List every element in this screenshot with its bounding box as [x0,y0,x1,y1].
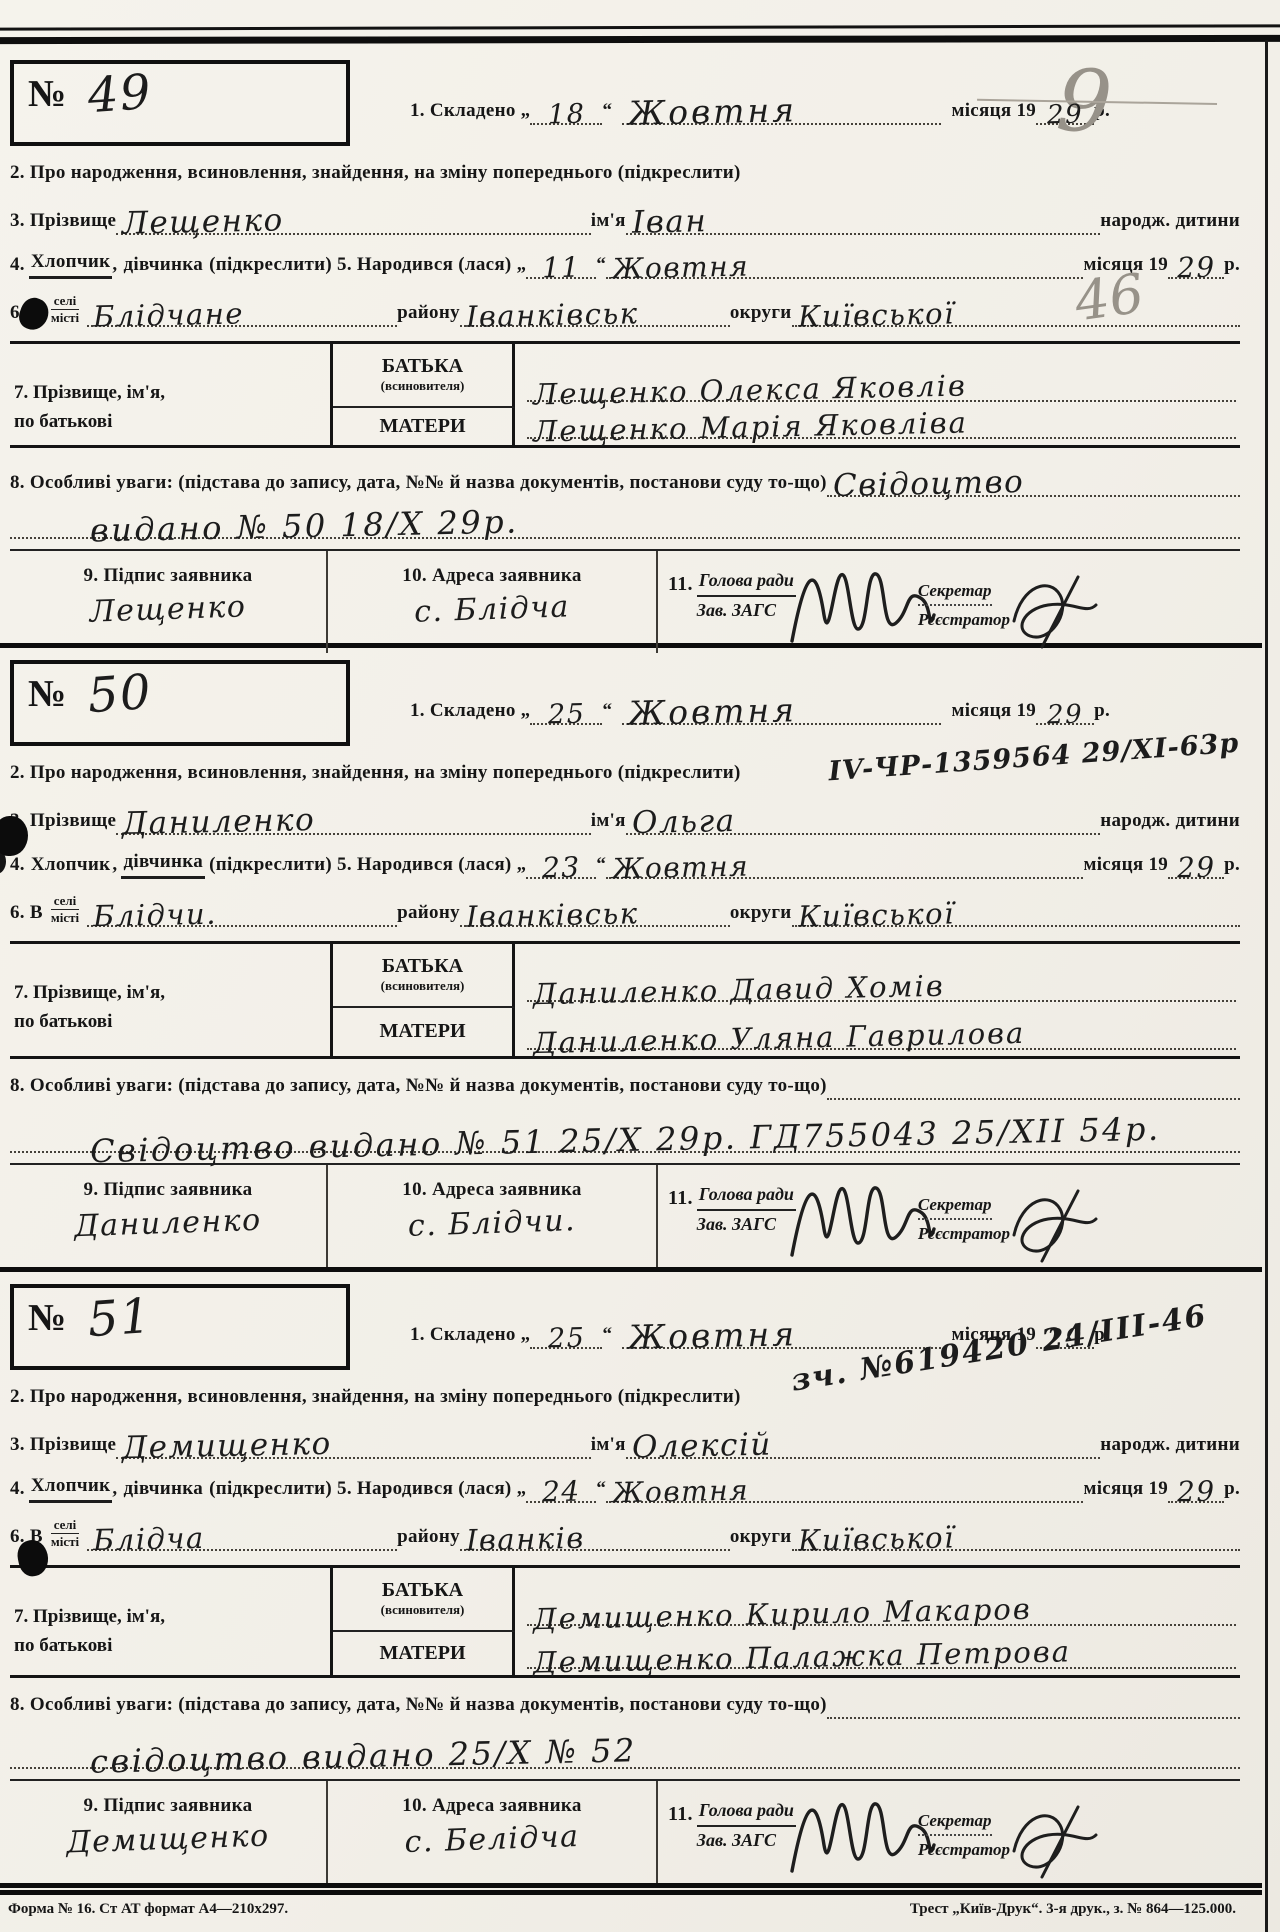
city-label: місті [51,1534,79,1550]
father-value-cell: Лещенко Олекса Яковлів [515,344,1240,408]
quote: “ [602,700,612,725]
record-50: № 50 1. Складено „ 25 “ Жовтня місяця 19… [0,648,1262,1272]
head-signature [786,1779,936,1883]
registrar-signature [996,1799,1100,1883]
remarks-text: свідоцтво видано 25/X № 52 [90,1734,637,1777]
born-month: Жовтня [612,253,750,284]
composed-label: 1. Складено „ [410,100,530,125]
event-type-label: 2. Про народження, всиновлення, знайденн… [10,762,741,783]
composed-line: 1. Складено „ 25 “ Жовтня місяця 19 29 р… [410,690,1110,725]
born-month: Жовтня [612,853,750,884]
name-line: 3. Прізвище Лещенко ім'я Іван народж. ди… [10,202,1240,235]
born-day: 11 [542,254,581,283]
born-day: 24 [542,1478,581,1507]
village-label: селі [51,293,79,310]
applicant-address: с. Белідча [328,1819,657,1860]
record-number-box: № 51 [10,1284,350,1370]
head-of-council-label: Голова ради [697,567,796,597]
parents-label: 7. Прізвище, ім'я, по батькові [10,344,330,445]
remarks-label: 8. Особливі уваги: (підстава до запису, … [10,1075,827,1100]
father-label-cell: БАТЬКА (всиновителя) [333,1568,515,1632]
firstname-value: Ольга [631,806,735,839]
quote: “ [596,854,606,879]
registrar-signature [996,569,1100,653]
event-type-label: 2. Про народження, всиновлення, знайденн… [10,1386,741,1407]
record-number-box: № 50 [10,660,350,746]
parents-block: 7. Прізвище, ім'я, по батькові БАТЬКА (в… [10,341,1240,448]
applicant-address-cell: 10. Адреса заявника с. Блідча [328,551,658,653]
father-value: Даниленко Давид Хомів [533,971,945,1009]
number-sign: № [28,1296,66,1340]
born-year-suffix: р. [1224,1478,1240,1503]
month-label: місяця 19 [951,100,1036,125]
quote: “ [602,1324,612,1349]
head-of-council-label: Голова ради [697,1797,796,1827]
place-value: Блідча [93,1523,205,1554]
born-label: (підкреслити) 5. Народився (лася) „ [209,854,526,879]
adopter-label: (всиновителя) [381,378,465,394]
born-year: 29 [1176,254,1215,283]
composed-month: Жовтня [628,1317,798,1354]
village-city-fraction: селі місті [51,1517,79,1551]
composed-label: 1. Складено „ [410,1324,530,1349]
city-label: місті [51,310,79,326]
father-value-cell: Даниленко Давид Хомів [515,944,1240,1008]
remarks-continuation: видано № 50 18/X 29р. [10,505,1240,539]
parents-label-line2: по батькові [14,1007,324,1036]
firstname-value: Іван [631,206,707,239]
item11-label: 11. [668,1187,693,1210]
sex-birthdate-line: 4. Хлопчик , дівчинка (підкреслити) 5. Н… [10,1473,1240,1503]
composed-month: Жовтня [628,93,798,130]
okrug-value: Київської [797,299,954,331]
month-label: місяця 19 [951,700,1036,725]
applicant-signature: Даниленко [10,1203,327,1244]
place-line: 6. В селі місті Блідчи. району Іванківсь… [10,893,1240,927]
city-label: місті [51,910,79,926]
applicant-address-label: 10. Адреса заявника [402,1795,581,1816]
comma: , [112,254,117,279]
remarks-label: 8. Особливі уваги: (підстава до запису, … [10,1694,827,1719]
rayon-label: району [397,1526,460,1551]
scan-right-rule [1265,40,1268,1932]
scan-top-rule [0,24,1280,30]
record-number: 51 [86,1292,153,1344]
zags-label: Зав. ЗАГС [697,1214,776,1234]
form-footer-left: Форма № 16. Ст АТ формат А4—210x297. [8,1901,288,1932]
boy-option: Хлопчик [29,1475,113,1503]
place-line: 6. В селі місті Блідчане району Іванківс… [10,293,1240,327]
record-49: 9 46 № 49 1. Складено „ 18 “ Жовтня міся… [0,48,1262,648]
remarks-label: 8. Особливі уваги: (підстава до запису, … [10,472,827,497]
girl-option: дівчинка [121,851,205,879]
secretary-label: Секретар [918,1191,992,1220]
secretary-label: Секретар [918,577,992,606]
applicant-address-cell: 10. Адреса заявника с. Блідчи. [328,1165,658,1267]
mother-value-cell: Лещенко Марія Яковліва [515,408,1240,445]
born-year: 29 [1176,1478,1215,1507]
applicant-address-cell: 10. Адреса заявника с. Белідча [328,1781,658,1883]
firstname-label: ім'я [591,1434,626,1459]
surname-label: 3. Прізвище [10,210,116,235]
applicant-signature-label: 9. Підпис заявника [84,565,253,586]
composed-year: 29 [1047,102,1084,129]
zags-label: Зав. ЗАГС [697,1830,776,1850]
head-signature [786,1163,936,1267]
parents-label-line1: 7. Прізвище, ім'я, [14,1602,324,1631]
rayon-value: Іванківськ [466,899,639,932]
number-sign: № [28,72,66,116]
scan-top-rule-heavy [0,35,1280,44]
head-title: Голова ради Зав. ЗАГС [697,1181,796,1238]
boy-option: Хлопчик [29,251,113,279]
surname-label: 3. Прізвище [10,1434,116,1459]
rayon-value: Іванківськ [466,299,639,332]
item4-label: 4. [10,854,25,879]
child-birth-label: народж. дитини [1100,1434,1240,1459]
registrar-signature [996,1183,1100,1267]
born-year: 29 [1176,854,1215,883]
mother-value: Демищенко Палажка Петрова [533,1637,1072,1677]
record-header: № 50 1. Складено „ 25 “ Жовтня місяця 19… [10,660,1240,746]
registry-page: 9 46 № 49 1. Складено „ 18 “ Жовтня міся… [0,0,1280,1932]
rayon-value: Іванків [466,1523,585,1554]
place-line: 6. В селі місті Блідча району Іванків ок… [10,1517,1240,1551]
applicant-signature-cell: 9. Підпис заявника Демищенко [10,1781,328,1883]
parents-block: 7. Прізвище, ім'я, по батькові БАТЬКА (в… [10,1565,1240,1678]
name-line: 3. Прізвище Демищенко ім'я Олексій народ… [10,1426,1240,1459]
father-value: Лещенко Олекса Яковлів [533,371,967,409]
applicant-signature-cell: 9. Підпис заявника Даниленко [10,1165,328,1267]
father-label-cell: БАТЬКА (всиновителя) [333,944,515,1008]
adopter-label: (всиновителя) [381,978,465,994]
remarks-line: 8. Особливі уваги: (підстава до запису, … [10,1075,1240,1100]
head-signature [786,549,936,653]
name-line: 3. Прізвище Даниленко ім'я Ольга народж.… [10,802,1240,835]
year-suffix: р. [1094,700,1110,725]
remarks-text: видано № 50 18/X 29р. [90,505,519,546]
record-51: № 51 1. Складено „ 25 “ Жовтня місяця 19… [0,1272,1262,1888]
boy-option: Хлопчик [29,854,113,879]
child-birth-label: народж. дитини [1100,210,1240,235]
composed-year: 29 [1047,702,1084,729]
mother-label: МАТЕРИ [379,415,465,438]
born-month-label: місяця 19 [1083,1478,1168,1503]
applicant-address: с. Блідчи. [328,1203,657,1244]
okrug-value: Київської [797,899,954,931]
head-title: Голова ради Зав. ЗАГС [697,1797,796,1854]
composed-day: 25 [548,701,586,729]
mother-value-cell: Демищенко Палажка Петрова [515,1632,1240,1675]
girl-option: дівчинка [121,1478,205,1503]
applicant-signature: Демищенко [10,1819,327,1860]
event-type-line: 2. Про народження, всиновлення, знайденн… [10,1386,1240,1408]
village-label: селі [51,893,79,910]
mother-value-cell: Даниленко Уляна Гаврилова [515,1008,1240,1057]
firstname-label: ім'я [591,810,626,835]
records-list: 9 46 № 49 1. Складено „ 18 “ Жовтня міся… [0,48,1262,1888]
surname-value: Лещенко [122,205,284,239]
village-city-fraction: селі місті [51,893,79,927]
form-footer-right: Трест „Київ-Друк“. 3-я друк., з. № 864—1… [910,1901,1236,1932]
pencil-annotation: 46 [1071,262,1148,334]
parents-grid: БАТЬКА (всиновителя) Даниленко Давид Хом… [330,944,1240,1057]
father-value: Демищенко Кирило Макаров [533,1594,1032,1633]
rayon-label: району [397,902,460,927]
father-label: БАТЬКА [382,955,463,978]
applicant-address: с. Блідча [328,589,657,630]
officials-cell: 11. Голова ради Зав. ЗАГС Секретар Реєст… [658,1781,1240,1883]
mother-value: Лещенко Марія Яковліва [533,408,968,446]
secretary-label: Секретар [918,1807,992,1836]
born-label: (підкреслити) 5. Народився (лася) „ [209,1478,526,1503]
okrug-label: округи [730,902,792,927]
father-label: БАТЬКА [382,355,463,378]
born-month: Жовтня [612,1477,750,1508]
sex-birthdate-line: 4. Хлопчик , дівчинка (підкреслити) 5. Н… [10,249,1240,279]
quote: “ [602,100,612,125]
parents-label-line2: по батькові [14,407,324,436]
remarks-continuation: Свідоцтво видано № 51 25/X 29р. ГД755043… [10,1108,1240,1153]
firstname-label: ім'я [591,210,626,235]
number-sign: № [28,672,66,716]
signature-row: 9. Підпис заявника Лещенко 10. Адреса за… [10,549,1240,653]
signature-row: 9. Підпис заявника Демищенко 10. Адреса … [10,1779,1240,1883]
parents-label-line2: по батькові [14,1631,324,1660]
parents-block: 7. Прізвище, ім'я, по батькові БАТЬКА (в… [10,941,1240,1060]
comma: , [112,854,117,879]
officials-cell: 11. Голова ради Зав. ЗАГС Секретар Реєст… [658,551,1240,653]
mother-label: МАТЕРИ [379,1020,465,1043]
remarks-line: 8. Особливі уваги: (підстава до запису, … [10,1694,1240,1719]
born-year-suffix: р. [1224,854,1240,879]
mother-label: МАТЕРИ [379,1642,465,1665]
okrug-label: округи [730,302,792,327]
sex-birthdate-line: 4. Хлопчик , дівчинка (підкреслити) 5. Н… [10,849,1240,879]
applicant-address-label: 10. Адреса заявника [402,1179,581,1200]
parents-label-line1: 7. Прізвище, ім'я, [14,978,324,1007]
parents-label-line1: 7. Прізвище, ім'я, [14,378,324,407]
applicant-signature-label: 9. Підпис заявника [84,1795,253,1816]
signature-row: 9. Підпис заявника Даниленко 10. Адреса … [10,1163,1240,1267]
item11-label: 11. [668,573,693,596]
born-day: 23 [542,854,581,883]
remarks-continuation: свідоцтво видано 25/X № 52 [10,1727,1240,1769]
composed-day: 25 [548,1325,586,1353]
parents-label: 7. Прізвище, ім'я, по батькові [10,1568,330,1675]
event-type-line: 2. Про народження, всиновлення, знайденн… [10,162,1240,184]
quote: “ [596,1478,606,1503]
composed-month: Жовтня [628,693,798,730]
record-number-box: № 49 [10,60,350,146]
remarks-line: 8. Особливі уваги: (підстава до запису, … [10,464,1240,497]
record-number: 50 [86,668,153,720]
comma: , [112,1478,117,1503]
composed-label: 1. Складено „ [410,700,530,725]
surname-value: Демищенко [122,1429,332,1464]
village-city-fraction: селі місті [51,293,79,327]
applicant-address-label: 10. Адреса заявника [402,565,581,586]
born-year-suffix: р. [1224,254,1240,279]
applicant-signature: Лещенко [10,589,327,630]
okrug-label: округи [730,1526,792,1551]
girl-option: дівчинка [121,254,205,279]
father-label: БАТЬКА [382,1579,463,1602]
father-value-cell: Демищенко Кирило Макаров [515,1568,1240,1632]
rayon-label: району [397,302,460,327]
applicant-signature-label: 9. Підпис заявника [84,1179,253,1200]
place-value: Блідчи. [93,899,217,931]
applicant-signature-cell: 9. Підпис заявника Лещенко [10,551,328,653]
form-footer: Форма № 16. Ст АТ формат А4—210x297. Тре… [0,1890,1262,1932]
quote: “ [596,254,606,279]
remarks-text: Свідоцтво видано № 51 25/X 29р. ГД755043… [90,1113,1161,1167]
mother-label-cell: МАТЕРИ [333,408,515,445]
composed-day: 18 [548,101,586,129]
place-value: Блідчане [93,299,245,331]
firstname-value: Олексій [631,1430,771,1464]
officials-cell: 11. Голова ради Зав. ЗАГС Секретар Реєст… [658,1165,1240,1267]
parents-grid: БАТЬКА (всиновителя) Лещенко Олекса Яков… [330,344,1240,445]
event-type-line: 2. Про народження, всиновлення, знайденн… [10,762,1240,784]
item4-label: 4. [10,1478,25,1503]
zags-label: Зав. ЗАГС [697,600,776,620]
adopter-label: (всиновителя) [381,1602,465,1618]
parents-label: 7. Прізвище, ім'я, по батькові [10,944,330,1057]
item11-label: 11. [668,1803,693,1826]
mother-label-cell: МАТЕРИ [333,1632,515,1675]
born-month-label: місяця 19 [1083,854,1168,879]
parents-grid: БАТЬКА (всиновителя) Демищенко Кирило Ма… [330,1568,1240,1675]
okrug-value: Київської [797,1523,954,1555]
remarks-inline: Свідоцтво [832,467,1024,502]
child-birth-label: народж. дитини [1100,810,1240,835]
father-label-cell: БАТЬКА (всиновителя) [333,344,515,408]
item4-label: 4. [10,254,25,279]
surname-value: Даниленко [122,805,316,840]
record-number: 49 [86,68,153,120]
head-of-council-label: Голова ради [697,1181,796,1211]
head-title: Голова ради Зав. ЗАГС [697,567,796,624]
born-label: (підкреслити) 5. Народився (лася) „ [209,254,526,279]
place-label: 6. В [10,902,43,927]
composed-line: 1. Складено „ 18 “ Жовтня місяця 19 29 р… [410,90,1110,125]
village-label: селі [51,1517,79,1534]
mother-value: Даниленко Уляна Гаврилова [533,1019,1026,1058]
mother-label-cell: МАТЕРИ [333,1008,515,1057]
